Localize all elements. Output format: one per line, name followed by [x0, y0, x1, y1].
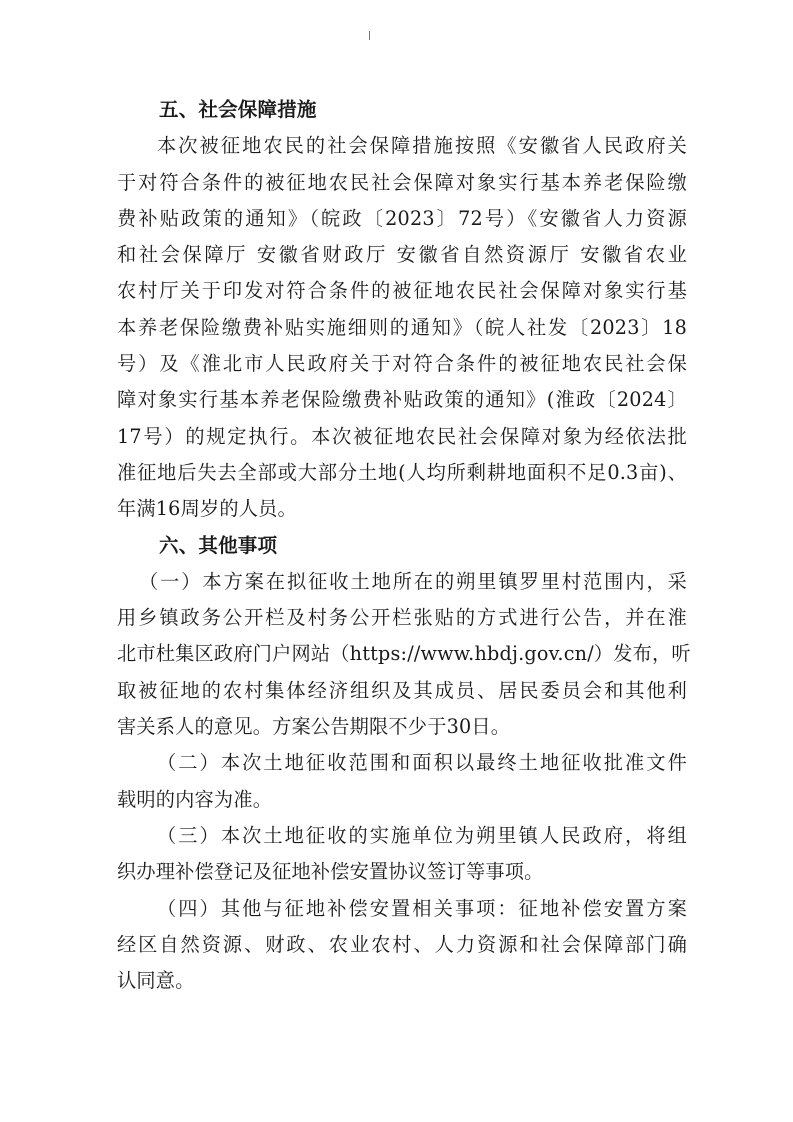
section-6-heading: 六、其他事项 — [117, 528, 687, 564]
paragraph-line: （三）本次土地征收的实施单位为朔里镇人民政府，将组 — [117, 818, 687, 854]
paragraph-line: 本养老保险缴费补贴实施细则的通知》（皖人社发〔2023〕18 — [117, 310, 687, 346]
page-top-mark — [369, 31, 370, 40]
paragraph-line: 本次被征地农民的社会保障措施按照《安徽省人民政府关 — [117, 128, 687, 164]
section-5-heading: 五、社会保障措施 — [117, 92, 687, 128]
paragraph-line: 于对符合条件的被征地农民社会保障对象实行基本养老保险缴 — [117, 165, 687, 201]
document-body: 五、社会保障措施 本次被征地农民的社会保障措施按照《安徽省人民政府关 于对符合条… — [117, 92, 687, 999]
paragraph-line: 北市杜集区政府门户网站（https://www.hbdj.gov.cn/）发布，… — [117, 636, 687, 672]
paragraph-line: 号）及《淮北市人民政府关于对符合条件的被征地农民社会保 — [117, 346, 687, 382]
paragraph-line: 障对象实行基本养老保险缴费补贴政策的通知》(淮政〔2024〕 — [117, 382, 687, 418]
section-5-paragraph: 本次被征地农民的社会保障措施按照《安徽省人民政府关 于对符合条件的被征地农民社会… — [117, 128, 687, 527]
section-6-item-4: （四）其他与征地补偿安置相关事项：征地补偿安置方案 经区自然资源、财政、农业农村… — [117, 891, 687, 1000]
paragraph-line: 和社会保障厅 安徽省财政厅 安徽省自然资源厅 安徽省农业 — [117, 237, 687, 273]
paragraph-line: 用乡镇政务公开栏及村务公开栏张贴的方式进行公告，并在淮 — [117, 600, 687, 636]
paragraph-line: 17号）的规定执行。本次被征地农民社会保障对象为经依法批 — [117, 419, 687, 455]
paragraph-line: 准征地后失去全部或大部分土地(人均所剩耕地面积不足0.3亩)、 — [117, 455, 687, 491]
paragraph-line: 费补贴政策的通知》（皖政〔2023〕72号）《安徽省人力资源 — [117, 201, 687, 237]
section-6-item-1: （一）本方案在拟征收土地所在的朔里镇罗里村范围内，采 用乡镇政务公开栏及村务公开… — [117, 564, 687, 745]
paragraph-line: 织办理补偿登记及征地补偿安置协议签订等事项。 — [117, 854, 687, 890]
section-6-item-2: （二）本次土地征收范围和面积以最终土地征收批准文件 载明的内容为准。 — [117, 745, 687, 818]
paragraph-line: 经区自然资源、财政、农业农村、人力资源和社会保障部门确 — [117, 927, 687, 963]
paragraph-line: 载明的内容为准。 — [117, 782, 687, 818]
paragraph-line: 农村厅关于印发对符合条件的被征地农民社会保障对象实行基 — [117, 273, 687, 309]
paragraph-line: 害关系人的意见。方案公告期限不少于30日。 — [117, 709, 687, 745]
paragraph-line: 年满16周岁的人员。 — [117, 491, 687, 527]
paragraph-line: （四）其他与征地补偿安置相关事项：征地补偿安置方案 — [117, 891, 687, 927]
paragraph-line: 认同意。 — [117, 963, 687, 999]
section-6-item-3: （三）本次土地征收的实施单位为朔里镇人民政府，将组 织办理补偿登记及征地补偿安置… — [117, 818, 687, 891]
paragraph-line: 取被征地的农村集体经济组织及其成员、居民委员会和其他利 — [117, 673, 687, 709]
paragraph-line: （二）本次土地征收范围和面积以最终土地征收批准文件 — [117, 745, 687, 781]
paragraph-line: （一）本方案在拟征收土地所在的朔里镇罗里村范围内，采 — [117, 564, 687, 600]
